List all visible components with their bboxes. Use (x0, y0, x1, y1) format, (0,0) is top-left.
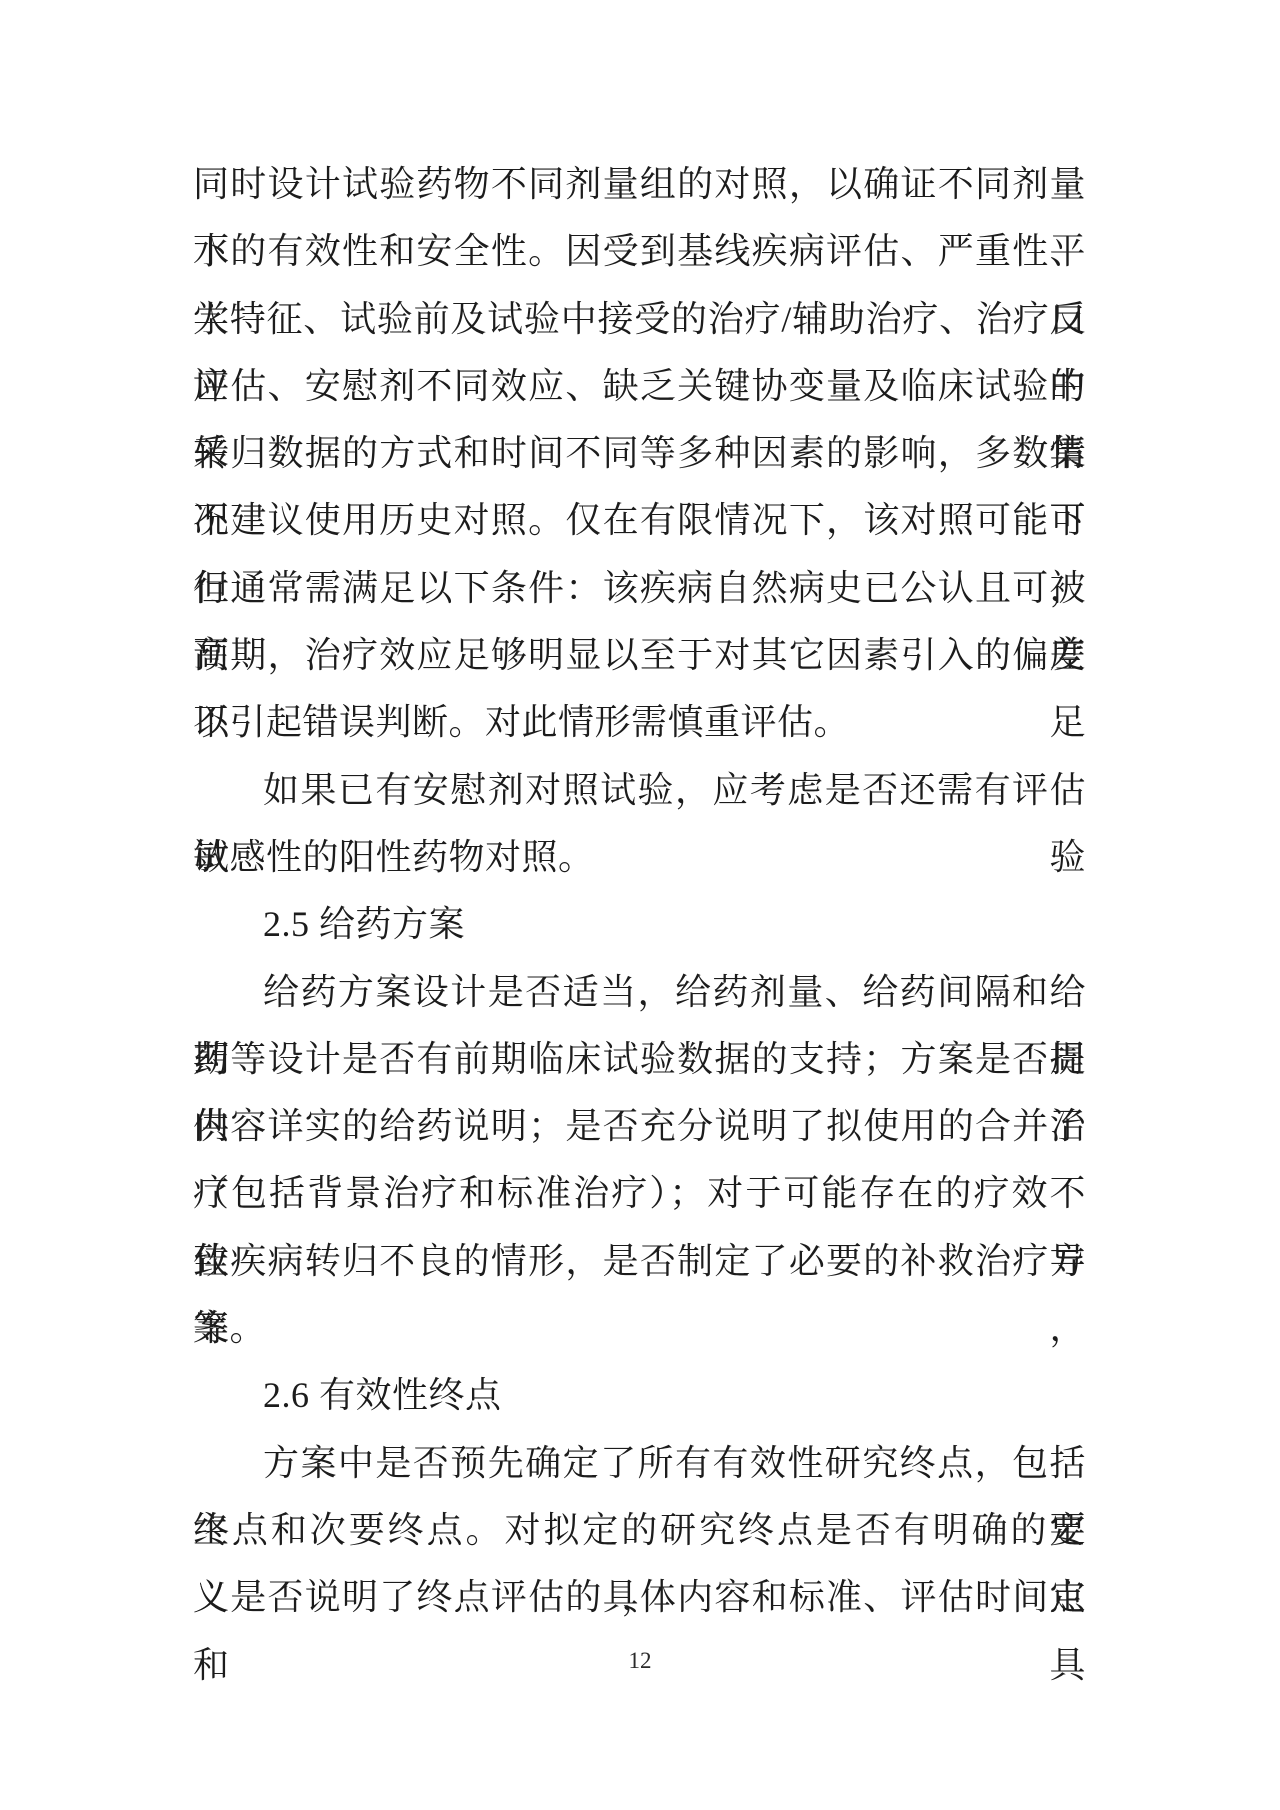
text-line: 2.6 有效性终点 (193, 1362, 1086, 1429)
text-line: 义是否说明了终点评估的具体内容和标准、评估时间点和具 (193, 1564, 1086, 1631)
text-line: 学特征、试验前及试验中接受的治疗/辅助治疗、治疗反应的 (193, 286, 1086, 353)
text-line: 同时设计试验药物不同剂量组的对照，以确证不同剂量水平 (193, 151, 1086, 218)
text-line: 下的有效性和安全性。因受到基线疾病评估、严重性、人口 (193, 218, 1086, 285)
page-number: 12 (0, 1643, 1280, 1679)
text-line: 给药方案设计是否适当，给药剂量、给药间隔和给药周 (193, 959, 1086, 1026)
text-line: 不建议使用历史对照。仅在有限情况下，该对照可能可行， (193, 487, 1086, 554)
text-line: 内容详实的给药说明；是否充分说明了拟使用的合并治疗 (193, 1093, 1086, 1160)
text-line: 评估、安慰剂不同效应、缺乏关键协变量及临床试验中采集 (193, 353, 1086, 420)
document-page: 同时设计试验药物不同剂量组的对照，以确证不同剂量水平下的有效性和安全性。因受到基… (0, 0, 1280, 1810)
text-line: 方案中是否预先确定了所有有效性研究终点，包括主要 (193, 1430, 1086, 1497)
text-line: 但通常需满足以下条件：该疾病自然病史已公认且可被高度 (193, 555, 1086, 622)
text-line: 转归数据的方式和时间不同等多种因素的影响，多数情况下 (193, 420, 1086, 487)
text-line: 终点和次要终点。对拟定的研究终点是否有明确的定义，定 (193, 1497, 1086, 1564)
text-line: 预期，治疗效应足够明显以至于对其它因素引入的偏差不足 (193, 622, 1086, 689)
text-line: 2.5 给药方案 (193, 891, 1086, 958)
text-line: （包括背景治疗和标准治疗）；对于可能存在的疗效不佳导 (193, 1160, 1086, 1227)
text-lines: 同时设计试验药物不同剂量组的对照，以确证不同剂量水平下的有效性和安全性。因受到基… (193, 151, 1086, 1632)
text-line: 致疾病转归不良的情形，是否制定了必要的补救治疗方案， (193, 1228, 1086, 1295)
text-line: 期等设计是否有前期临床试验数据的支持；方案是否提供了 (193, 1026, 1086, 1093)
text-line: 如果已有安慰剂对照试验，应考虑是否还需有评估试验 (193, 757, 1086, 824)
